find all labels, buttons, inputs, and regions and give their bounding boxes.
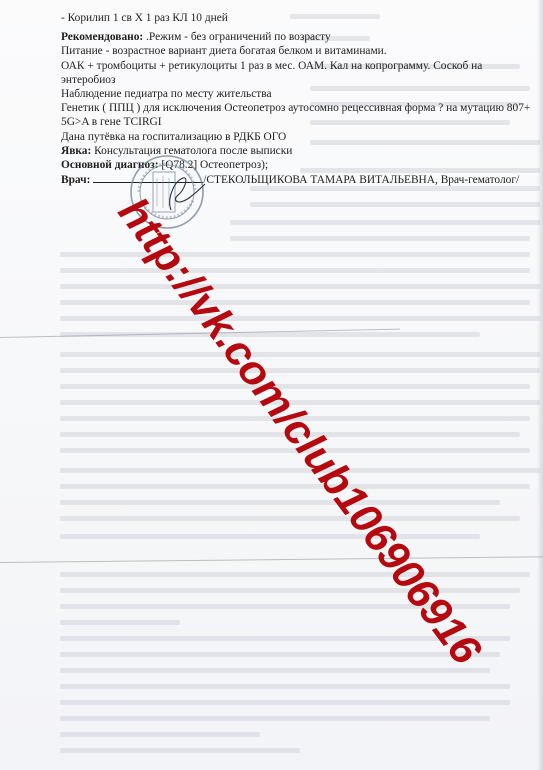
visit-label: Явка: [61, 145, 91, 157]
scanned-page: - Корилип 1 св Х 1 раз КЛ 10 дней Рекоме… [0, 0, 543, 770]
referral-line: Дана путёвка на госпитализацию в РДКБ ОГ… [61, 130, 531, 144]
doctor-name: /СТЕКОЛЬЩИКОВА ТАМАРА ВИТАЛЬЕВНА, Врач-г… [203, 174, 519, 186]
doctor-label: Врач: [61, 174, 90, 186]
tests-line: ОАК + тромбоциты + ретикулоциты 1 раз в … [61, 59, 531, 87]
recommended-label: Рекомендовано: [61, 31, 143, 43]
recommended-text: .Режим - без ограничений по возрасту [143, 31, 330, 43]
recommendations: Рекомендовано: .Режим - без ограничений … [61, 30, 531, 44]
genetics-line: Генетик ( ППЦ ) для исключения Остеопетр… [61, 101, 531, 129]
observation-line: Наблюдение педиатра по месту жительства [61, 87, 531, 101]
page-edge-shadow [537, 0, 543, 770]
medication-line: - Корилип 1 св Х 1 раз КЛ 10 дней [61, 11, 531, 25]
nutrition-line: Питание - возрастное вариант диета богат… [61, 44, 531, 58]
